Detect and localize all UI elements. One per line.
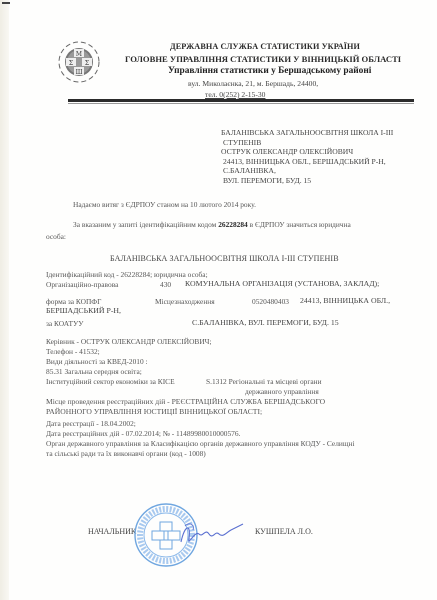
query-code: 26228284 [218,220,248,229]
addressee-block: БАЛАНІВСЬКА ЗАГАЛЬНООСВІТНЯ ШКОЛА І-ІІІ … [221,128,393,186]
statistics-emblem-icon: М Σ Σ Ш [57,40,101,84]
header-divider-thin [68,103,414,104]
organization-name: БАЛАНІВСЬКА ЗАГАЛЬНООСВІТНЯ ШКОЛА І-ІІІ … [110,254,339,263]
legal-form-value: КОМУНАЛЬНА ОРГАНІЗАЦІЯ (УСТАНОВА, ЗАКЛАД… [185,279,379,288]
addressee-line: СТУПЕНІВ [221,138,393,148]
koatuu-label: за КОАТУУ [46,319,83,328]
location-label: Місцезнаходження [155,297,215,306]
director-line: Керівник - ОСТРУК ОЛЕКСАНДР ОЛЕКСІЙОВИЧ; [46,337,212,346]
signatory-title: НАЧАЛЬНИК [88,527,136,536]
registration-place-1: Місце проведення реєстраційних дій - РЕЄ… [46,397,325,406]
office-address: вул. Миколаєнка, 21, м. Бершадь, 24400, [188,79,318,88]
addressee-line: ВУЛ. ПЕРЕМОГИ, БУД. 15 [221,176,393,186]
sector-label: Інституційний сектор економіки за КІСЕ [46,377,175,386]
location-value-3: С.БАЛАНІВКА, ВУЛ. ПЕРЕМОГИ, БУД. 15 [192,318,339,327]
query-tail: особа: [46,232,66,241]
registration-place-2: РАЙОННОГО УПРАВЛІННЯ ЮСТИЦІЇ ВІННИЦЬКОЇ … [46,407,262,416]
kodu-line-2: та сільські ради та їх виконавчі органи … [46,449,206,458]
addressee-line: БАЛАНІВСЬКА ЗАГАЛЬНООСВІТНЯ ШКОЛА І-ІІІ [221,128,393,138]
legal-form-code: 430 [160,280,171,289]
legal-form-label-2: форма за КОПФГ [46,297,101,306]
location-code: 0520480403 [252,297,289,306]
id-code-line: Ідентифікаційний код - 26228284; юридичн… [46,270,208,279]
svg-text:Σ: Σ [85,60,89,67]
registration-actions-date: Дата реєстраційних дій - 07.02.2014; № -… [46,429,240,438]
addressee-line: С.БАЛАНІВКА, [221,166,393,176]
legal-form-label: Організаційно-правова [46,280,118,289]
sector-value-2: державного управління [245,387,319,396]
kodu-line-1: Орган державного управління за Класифіка… [46,439,355,448]
svg-text:М: М [76,51,82,58]
kved-label: Види діяльності за КВЕД-2010 : [46,357,148,366]
query-suffix: в ЄДРПОУ значиться юридична [250,220,351,229]
document-page: М Σ Σ Ш ДЕРЖАВНА СЛУЖБА СТАТИСТИКИ УКРАЇ… [0,0,437,600]
main-department-name: ГОЛОВНЕ УПРАВЛІННЯ СТАТИСТИКИ У ВІННИЦЬК… [125,54,401,64]
intro-paragraph: Надаємо витяг з ЄДРПОУ станом на 10 люто… [73,200,256,209]
addressee-line: ОСТРУК ОЛЕКСАНДР ОЛЕКСІЙОВИЧ [221,147,393,157]
district-office-name: Управління статистики у Бершадському рай… [168,66,371,76]
sector-value-1: S.1312 Регіональні та місцеві органи [206,377,322,386]
agency-name: ДЕРЖАВНА СЛУЖБА СТАТИСТИКИ УКРАЇНИ [170,42,360,51]
svg-text:Ш: Ш [76,69,83,76]
handwritten-signature-icon [175,520,245,550]
office-phone: тел. 0(252) 2-15-30 [205,90,265,99]
query-prefix: За вказаним у запиті ідентифікаційним ко… [73,220,216,229]
svg-text:Σ: Σ [69,60,73,67]
location-value-2: БЕРШАДСЬКИЙ Р-Н, [46,306,121,315]
kved-value: 85.31 Загальна середня освіта; [46,367,142,376]
signatory-name: КУШПЕЛА Л.О. [255,527,313,536]
location-value-1: 24413, ВІННИЦЬКА ОБЛ., [300,296,390,305]
addressee-line: 24413, ВІННИЦЬКА ОБЛ., БЕРШАДСЬКИЙ Р-Н, [221,157,393,167]
phone-line: Телефон - 41532; [46,347,100,356]
query-paragraph: За вказаним у запиті ідентифікаційним ко… [73,220,351,229]
header-divider [68,99,414,102]
registration-date: Дата реєстрації - 18.04.2002; [46,419,136,428]
scan-corner-mark [2,2,10,4]
